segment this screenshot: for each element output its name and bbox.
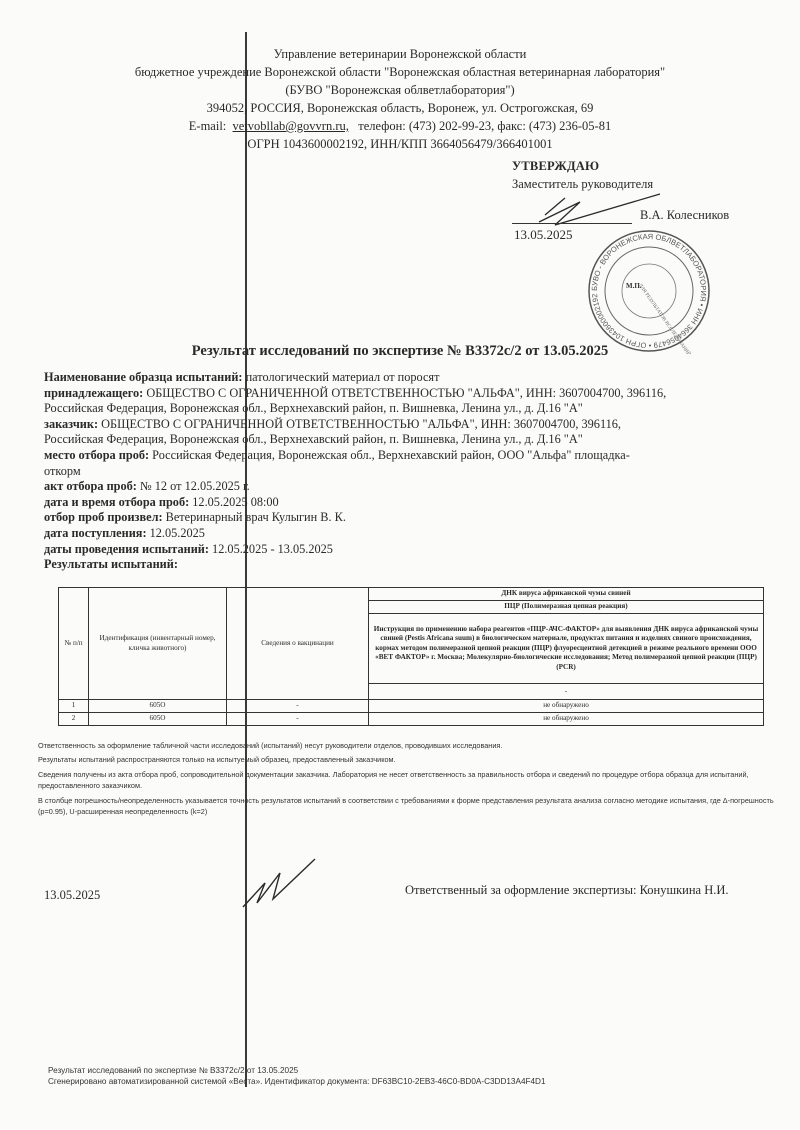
result-value: не обнаружено	[369, 700, 764, 713]
info-row: дата поступления: 12.05.2025	[44, 526, 774, 542]
note: Результаты испытаний распространяются то…	[38, 754, 778, 765]
email-link[interactable]: vetvobllab@govvrn.ru,	[233, 119, 349, 133]
organization-header: Управление ветеринарии Воронежской облас…	[0, 45, 800, 153]
responsible-person: Ответственный за оформление экспертизы: …	[405, 883, 729, 898]
notes-section: Ответственность за оформление табличной …	[38, 740, 778, 820]
table-row: 1 605O - не обнаружено	[59, 700, 764, 713]
svg-text:БУВО - ВОРОНЕЖСКАЯ ОБЛВЕТЛАБОР: БУВО - ВОРОНЕЖСКАЯ ОБЛВЕТЛАБОРАТОРИЯ • И…	[590, 232, 708, 350]
document-footer: Результат исследований по экспертизе № B…	[48, 1065, 546, 1087]
document-title: Результат исследований по экспертизе № B…	[0, 343, 800, 360]
method-type: ПЦР (Полимеразная цепная реакция)	[369, 601, 764, 614]
info-row: принадлежащего: ОБЩЕСТВО С ОГРАНИЧЕННОЙ …	[44, 386, 774, 402]
info-row: отбор проб произвел: Ветеринарный врач К…	[44, 510, 774, 526]
sample-info: Наименование образца испытаний: патологи…	[44, 370, 774, 573]
note: Ответственность за оформление табличной …	[38, 740, 778, 751]
approver-name: В.А. Колесников	[640, 208, 729, 223]
footer-date: 13.05.2025	[44, 888, 100, 903]
info-row: даты проведения испытаний: 12.05.2025 - …	[44, 542, 774, 558]
footer-generated-id: Сгенерировано автоматизированной системо…	[48, 1076, 546, 1087]
header-address: 394052, РОССИЯ, Воронежская область, Вор…	[0, 99, 800, 117]
approval-date: 13.05.2025	[514, 227, 573, 243]
stamp-icon: БУВО - ВОРОНЕЖСКАЯ ОБЛВЕТЛАБОРАТОРИЯ • И…	[586, 228, 712, 354]
col-id-header: Идентификация (инвентарный номер, кличка…	[89, 588, 227, 700]
header-line-1: Управление ветеринарии Воронежской облас…	[0, 45, 800, 63]
info-row: дата и время отбора проб: 12.05.2025 08:…	[44, 495, 774, 511]
approval-title: УТВЕРЖДАЮ	[512, 157, 653, 175]
result-value: не обнаружено	[369, 713, 764, 726]
col-vaccination-header: Сведения о вакцинации	[227, 588, 369, 700]
note: Сведения получены из акта отбора проб, с…	[38, 769, 778, 792]
info-row: Наименование образца испытаний: патологи…	[44, 370, 774, 386]
indicator-header: ДНК вируса африканской чумы свиней	[369, 588, 764, 601]
info-row: акт отбора проб: № 12 от 12.05.2025 г.	[44, 479, 774, 495]
table-row: 2 605O - не обнаружено	[59, 713, 764, 726]
signature-underline	[512, 223, 632, 224]
note: В столбце погрешность/неопределенность у…	[38, 795, 778, 818]
approval-block: УТВЕРЖДАЮ Заместитель руководителя	[512, 157, 653, 193]
info-row: место отбора проб: Российская Федерация,…	[44, 448, 774, 464]
info-row: Российская Федерация, Воронежская обл., …	[44, 401, 774, 417]
norm-value: -	[369, 684, 764, 700]
method-document: Инструкция по применению набора реагенто…	[369, 614, 764, 684]
header-contacts: E-mail: vetvobllab@govvrn.ru, телефон: (…	[0, 117, 800, 135]
signature-icon	[235, 855, 325, 915]
header-line-2: бюджетное учреждение Воронежской области…	[0, 63, 800, 81]
phones: телефон: (473) 202-99-23, факс: (473) 23…	[358, 119, 611, 133]
header-ogrn: ОГРН 1043600002192, ИНН/КПП 3664056479/3…	[0, 135, 800, 153]
info-row: откорм	[44, 464, 774, 480]
email-label: E-mail:	[189, 119, 227, 133]
col-number-header: № п/п	[59, 588, 89, 700]
info-row: Российская Федерация, Воронежская обл., …	[44, 432, 774, 448]
header-line-3: (БУВО "Воронежская облветлаборатория")	[0, 81, 800, 99]
info-row: заказчик: ОБЩЕСТВО С ОГРАНИЧЕННОЙ ОТВЕТС…	[44, 417, 774, 433]
info-row: Результаты испытаний:	[44, 557, 774, 573]
results-table: № п/п Идентификация (инвентарный номер, …	[58, 587, 764, 726]
footer-reference: Результат исследований по экспертизе № B…	[48, 1065, 546, 1076]
